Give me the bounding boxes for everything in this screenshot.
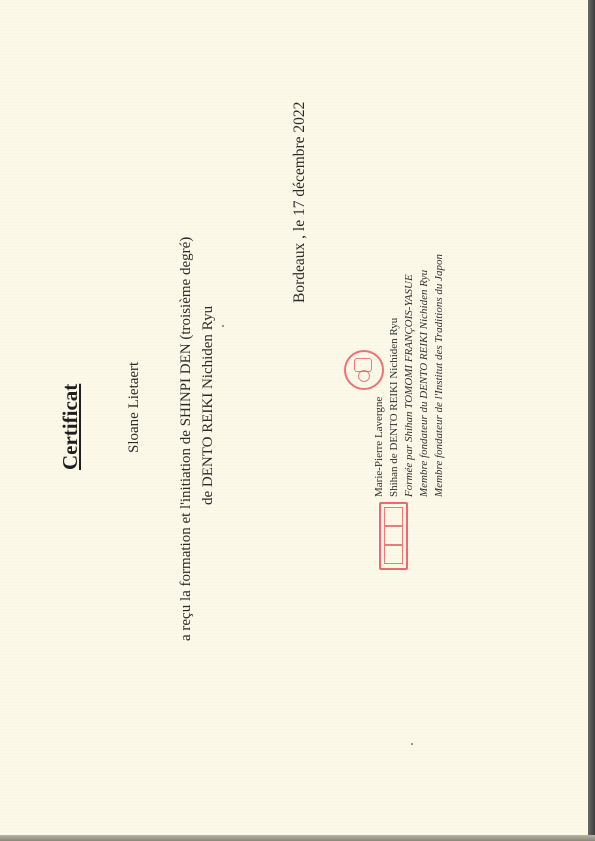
statement-line-1: a reçu la formation et l'initiation de S… (178, 237, 195, 641)
seal-glyph-icon (384, 545, 403, 564)
recipient-name: Sloane Lietaert (126, 362, 143, 453)
signatory-founding-member-2: Membre fondateur de l'Institut des Tradi… (434, 254, 445, 497)
certificate-title: Certificat (58, 384, 83, 470)
signatory-founding-member-1: Membre fondateur du DENTO REIKI Nichiden… (419, 270, 430, 497)
signatory-title: Shihan de DENTO REIKI Nichiden Ryu (389, 318, 400, 497)
statement-line-2: de DENTO REIKI Nichiden Ryu (200, 306, 217, 505)
red-square-seal-icon (379, 502, 408, 570)
scan-edge-bottom (0, 835, 595, 841)
seal-glyph-icon (384, 526, 403, 545)
red-round-seal-icon (344, 350, 384, 390)
paper-speck (222, 325, 224, 327)
place-and-date: Bordeaux , le 17 décembre 2022 (291, 102, 309, 303)
seal-glyph-icon (384, 507, 403, 526)
paper-speck (411, 743, 413, 745)
signatory-trained-by: Formée par Shihan TOMOMI FRANÇOIS-YASUE (404, 274, 415, 497)
signatory-name: Marie-Pierre Lavergne (374, 397, 385, 497)
scan-edge-right (588, 0, 595, 841)
